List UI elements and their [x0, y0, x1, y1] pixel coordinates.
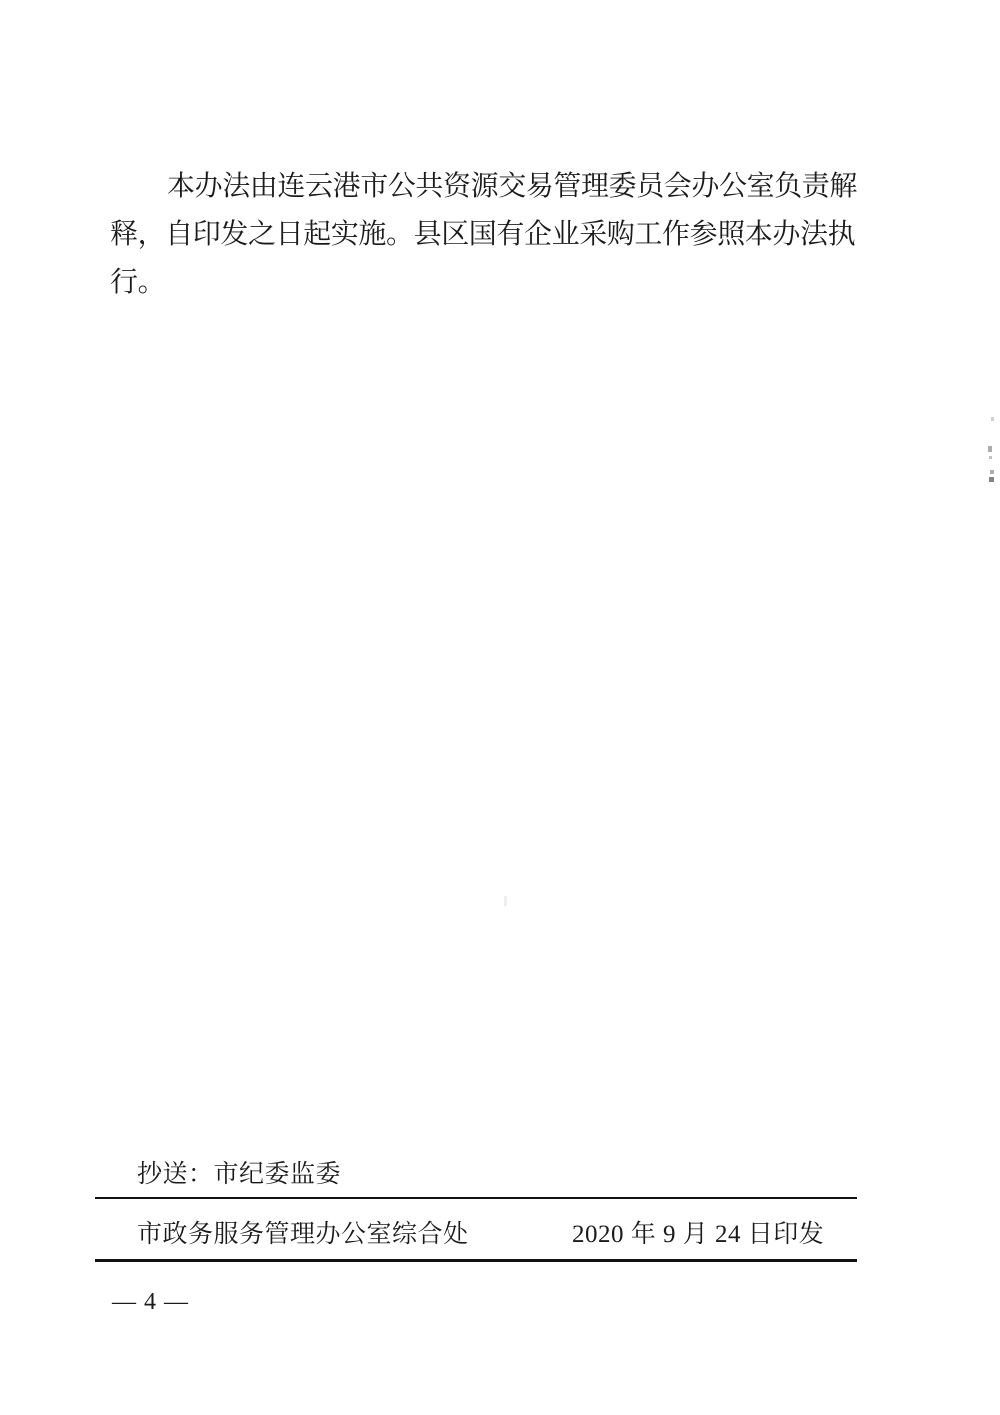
- paragraph-line-2: 释，自印发之日起实施。县区国有企业采购工作参照本办法执: [110, 211, 862, 259]
- scan-artifact: [990, 470, 994, 474]
- scan-artifact: [988, 446, 992, 452]
- page-number: — 4 —: [112, 1287, 189, 1317]
- divider-top: [95, 1197, 857, 1199]
- paragraph-line-3: 行。: [110, 259, 862, 307]
- document-page: 本办法由连云港市公共资源交易管理委员会办公室负责解 释，自印发之日起实施。县区国…: [0, 0, 1000, 1415]
- scan-artifact: [989, 477, 994, 482]
- scan-artifact: [504, 896, 507, 906]
- print-date: 2020 年 9 月 24 日印发: [572, 1219, 824, 1251]
- paragraph-line-1: 本办法由连云港市公共资源交易管理委员会办公室负责解: [110, 163, 862, 211]
- scan-artifact: [991, 417, 994, 421]
- cc-line: 抄送：市纪委监委: [137, 1160, 341, 1190]
- issuing-office: 市政务服务管理办公室综合处: [137, 1219, 469, 1251]
- divider-bottom: [95, 1259, 857, 1262]
- scan-artifact: [989, 456, 992, 459]
- body-paragraph: 本办法由连云港市公共资源交易管理委员会办公室负责解 释，自印发之日起实施。县区国…: [110, 163, 862, 307]
